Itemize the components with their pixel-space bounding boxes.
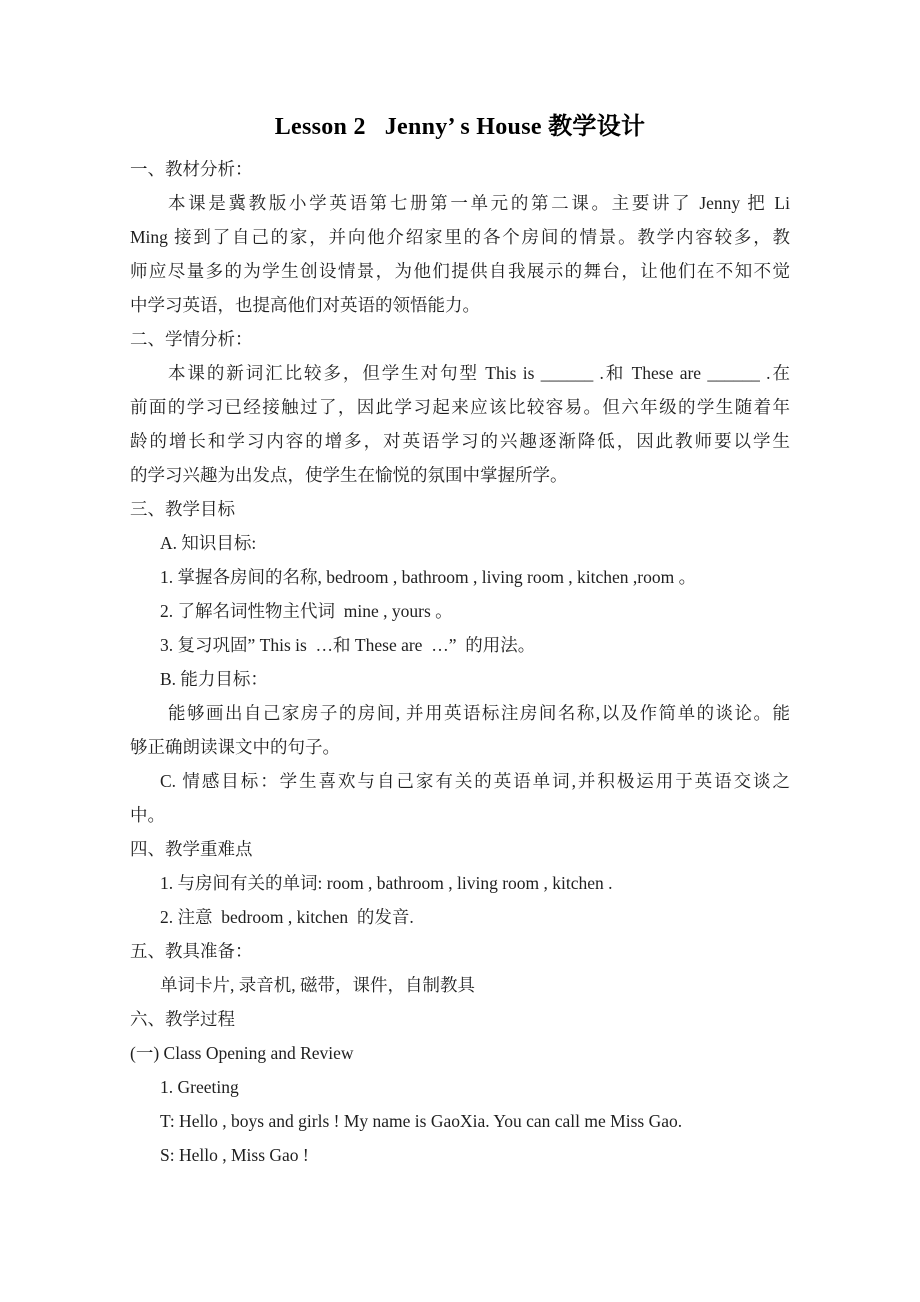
doc-line: Ming 接到了自己的家，并向他介绍家里的各个房间的情景。教学内容较多，教 bbox=[130, 220, 790, 254]
doc-line: 3. 复习巩固” This is …和 These are …” 的用法。 bbox=[130, 628, 790, 662]
doc-line: 五、教具准备： bbox=[130, 934, 790, 968]
doc-line: 中学习英语，也提高他们对英语的领悟能力。 bbox=[130, 288, 790, 322]
doc-line: 中。 bbox=[130, 798, 790, 832]
document-body: 一、教材分析：本课是冀教版小学英语第七册第一单元的第二课。主要讲了 Jenny … bbox=[130, 152, 790, 1172]
doc-line: 一、教材分析： bbox=[130, 152, 790, 186]
doc-line: C. 情感目标：学生喜欢与自己家有关的英语单词,并积极运用于英语交谈之 bbox=[130, 764, 790, 798]
doc-line: 本课是冀教版小学英语第七册第一单元的第二课。主要讲了 Jenny 把 Li bbox=[130, 186, 790, 220]
doc-line: 前面的学习已经接触过了，因此学习起来应该比较容易。但六年级的学生随着年 bbox=[130, 390, 790, 424]
doc-line: 龄的增长和学习内容的增多，对英语学习的兴趣逐渐降低，因此教师要以学生 bbox=[130, 424, 790, 458]
doc-line: 2. 注意 bedroom , kitchen 的发音. bbox=[130, 900, 790, 934]
doc-line: 2. 了解名词性物主代词 mine , yours 。 bbox=[130, 594, 790, 628]
doc-line: A. 知识目标: bbox=[130, 526, 790, 560]
doc-line: 1. Greeting bbox=[130, 1070, 790, 1104]
doc-line: (一) Class Opening and Review bbox=[130, 1036, 790, 1070]
document-title: Lesson 2 Jenny’ s House 教学设计 bbox=[0, 106, 920, 141]
doc-line: B. 能力目标： bbox=[130, 662, 790, 696]
doc-line: 单词卡片, 录音机, 磁带，课件，自制教具 bbox=[130, 968, 790, 1002]
doc-line: 二、学情分析： bbox=[130, 322, 790, 356]
doc-line: 1. 掌握各房间的名称, bedroom , bathroom , living… bbox=[130, 560, 790, 594]
doc-line: 够正确朗读课文中的句子。 bbox=[130, 730, 790, 764]
doc-line: 师应尽量多的为学生创设情景，为他们提供自我展示的舞台，让他们在不知不觉 bbox=[130, 254, 790, 288]
doc-line: 的学习兴趣为出发点，使学生在愉悦的氛围中掌握所学。 bbox=[130, 458, 790, 492]
doc-line: 本课的新词汇比较多，但学生对句型 This is ______ .和 These… bbox=[130, 356, 790, 390]
doc-line: 能够画出自己家房子的房间, 并用英语标注房间名称,以及作简单的谈论。能 bbox=[130, 696, 790, 730]
document-page: Lesson 2 Jenny’ s House 教学设计 一、教材分析：本课是冀… bbox=[0, 0, 920, 1302]
doc-line: 三、教学目标 bbox=[130, 492, 790, 526]
doc-line: T: Hello , boys and girls ! My name is G… bbox=[130, 1104, 790, 1138]
doc-line: 六、教学过程 bbox=[130, 1002, 790, 1036]
doc-line: S: Hello , Miss Gao ! bbox=[130, 1138, 790, 1172]
doc-line: 四、教学重难点 bbox=[130, 832, 790, 866]
doc-line: 1. 与房间有关的单词: room , bathroom , living ro… bbox=[130, 866, 790, 900]
